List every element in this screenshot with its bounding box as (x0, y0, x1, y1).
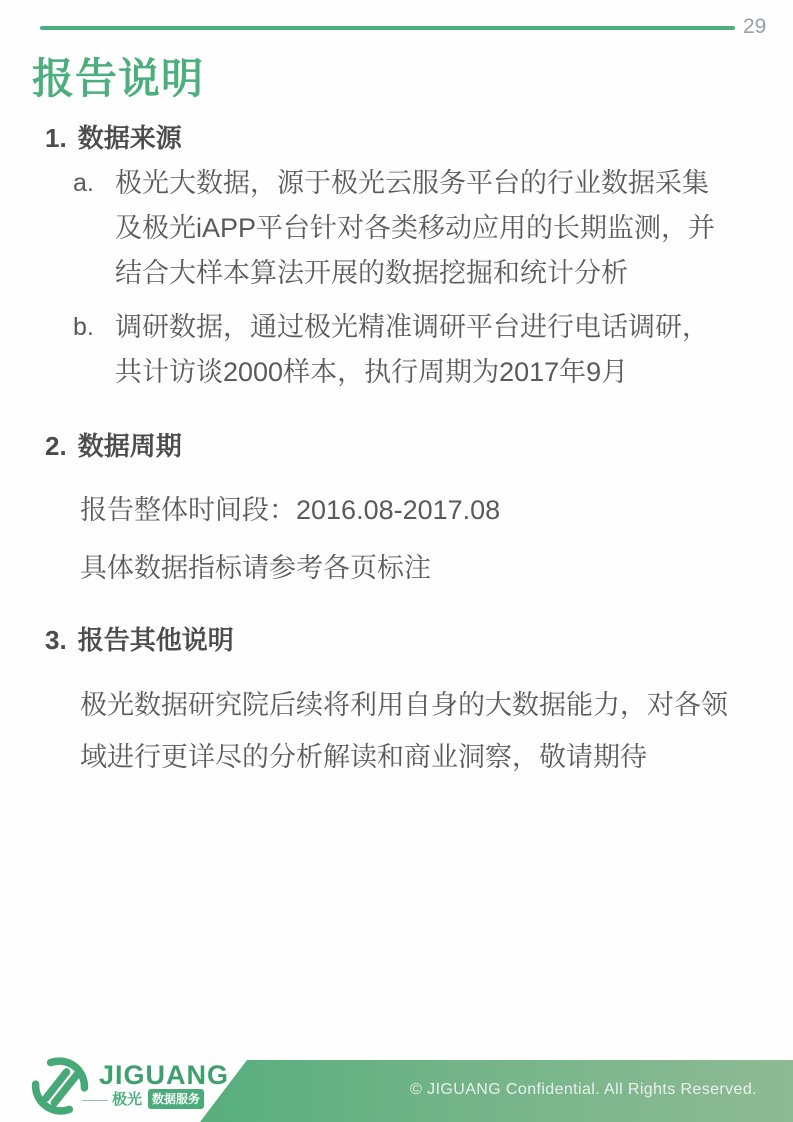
section-1-number: 1. (45, 123, 67, 154)
jiguang-logo-icon (30, 1056, 90, 1116)
section-3-number: 3. (45, 625, 67, 656)
page-title: 报告说明 (32, 46, 204, 106)
section-2-number: 2. (45, 431, 67, 462)
section-2-label: 数据周期 (78, 431, 182, 462)
footer-copyright: © JIGUANG Confidential. All Rights Reser… (410, 1081, 757, 1099)
section-1-heading: 1. 数据来源 (45, 123, 182, 154)
logo-tagline: —— 极光 数据服务 (82, 1088, 204, 1109)
tagline-brand: 极光 (112, 1088, 142, 1109)
section-3-heading: 3. 报告其他说明 (45, 625, 234, 656)
tagline-dash: —— (82, 1091, 106, 1107)
section-1-label: 数据来源 (78, 123, 182, 154)
report-page: 29 报告说明 1. 数据来源 a. 极光大数据，源于极光云服务平台的行业数据采… (0, 0, 793, 1122)
section-2-paragraph-2: 具体数据指标请参考各页标注 (80, 552, 431, 584)
section-2-heading: 2. 数据周期 (45, 431, 182, 462)
section-2-paragraph-1: 报告整体时间段：2016.08-2017.08 (80, 494, 500, 526)
section-3-label: 报告其他说明 (78, 625, 234, 656)
list-marker-b: b. (73, 305, 94, 350)
jiguang-logo-text: JIGUANG (99, 1060, 229, 1091)
section-3-paragraph: 极光数据研究院后续将利用自身的大数据能力，对各领 域进行更详尽的分析解读和商业洞… (80, 679, 770, 783)
list-marker-a: a. (73, 161, 94, 206)
tagline-badge: 数据服务 (148, 1089, 204, 1109)
list-item-b-text: 调研数据，通过极光精准调研平台进行电话调研， 共计访谈2000样本，执行周期为2… (115, 305, 763, 395)
page-number: 29 (743, 15, 766, 39)
header-rule (40, 26, 735, 30)
list-item-a-text: 极光大数据，源于极光云服务平台的行业数据采集 及极光iAPP平台针对各类移动应用… (115, 161, 763, 296)
